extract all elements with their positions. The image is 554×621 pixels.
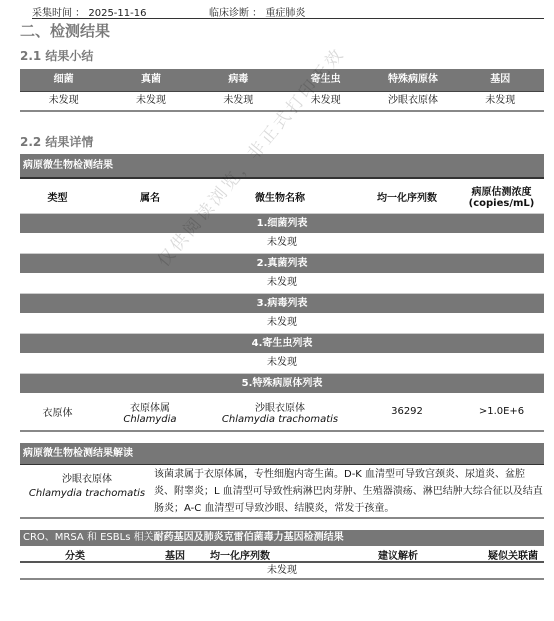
detail-title: 2.2 结果详情 — [20, 133, 93, 150]
row-species-latin: Chlamydia trachomatis — [205, 414, 355, 425]
interpretation-organism: 沙眼衣原体 Chlamydia trachomatis — [20, 465, 154, 517]
cro-col-advice: 建议解析 — [378, 547, 418, 562]
summary-table: 细菌 真菌 病毒 寄生虫 特殊病原体 基因 未发现 未发现 未发现 未发现 沙眼… — [20, 69, 544, 112]
cro-col-associated: 疑似关联菌 — [488, 547, 538, 562]
summary-val-bacteria: 未发现 — [20, 92, 107, 110]
cro-title: CRO、MRSA 和 ESBLs 相关耐药基因及肺炎克雷伯菌毒力基因检测结果 — [20, 530, 544, 546]
interpretation-row: 沙眼衣原体 Chlamydia trachomatis 该菌隶属于衣原体属，专性… — [20, 465, 544, 519]
detail-table: 病原微生物检测结果 类型 属名 微生物名称 均一化序列数 病原估测浓度 (cop… — [20, 154, 544, 432]
cro-title-prefix: CRO、MRSA 和 ESBLs 相关 — [23, 532, 154, 543]
summary-header-row: 细菌 真菌 病毒 寄生虫 特殊病原体 基因 — [20, 69, 544, 92]
row-concentration: >1.0E+6 — [459, 406, 544, 417]
summary-value-row: 未发现 未发现 未发现 未发现 沙眼衣原体 未发现 — [20, 92, 544, 112]
col-reads: 均一化序列数 — [355, 189, 459, 204]
section-virus: 3.病毒列表 — [20, 293, 544, 313]
section-bacteria: 1.细菌列表 — [20, 213, 544, 233]
col-type: 类型 — [20, 189, 95, 204]
col-concentration-line1: 病原估测浓度 — [459, 183, 544, 198]
col-concentration-line2: (copies/mL) — [459, 198, 544, 209]
cro-col-category: 分类 — [65, 547, 85, 562]
summary-val-special: 沙眼衣原体 — [369, 92, 456, 110]
cro-col-reads: 均一化序列数 — [210, 547, 270, 562]
interpretation-title: 病原微生物检测结果解读 — [20, 443, 544, 465]
cro-result: 未发现 — [20, 563, 544, 580]
detail-header-row: 类型 属名 微生物名称 均一化序列数 病原估测浓度 (copies/mL) — [20, 179, 544, 213]
summary-title: 2.1 结果小结 — [20, 47, 93, 64]
clinical-diagnosis: 临床诊断 ： 重症肺炎 — [209, 4, 305, 19]
interpretation-name-cn: 沙眼衣原体 — [20, 473, 154, 487]
row-species: 沙眼衣原体 Chlamydia trachomatis — [205, 399, 355, 425]
result-virus: 未发现 — [20, 313, 544, 333]
summary-val-parasite: 未发现 — [282, 92, 369, 110]
row-genus: 衣原体属 Chlamydia — [95, 399, 205, 425]
col-genus: 属名 — [95, 189, 205, 204]
table-row: 衣原体 衣原体属 Chlamydia 沙眼衣原体 Chlamydia trach… — [20, 393, 544, 432]
cro-col-gene: 基因 — [165, 547, 185, 562]
section-special: 5.特殊病原体列表 — [20, 373, 544, 393]
cro-title-rest: 耐药基因及肺炎克雷伯菌毒力基因检测结果 — [154, 532, 344, 543]
summary-col-fungi: 真菌 — [107, 69, 194, 91]
report-meta-line: 采集时间 ： 2025-11-16 临床诊断 ： 重症肺炎 — [32, 2, 544, 19]
summary-col-gene: 基因 — [457, 69, 544, 91]
detail-table-title: 病原微生物检测结果 — [20, 154, 544, 179]
cro-header-row: 分类 基因 均一化序列数 建议解析 疑似关联菌 — [20, 546, 544, 563]
row-genus-cn: 衣原体属 — [95, 399, 205, 414]
collect-time: 采集时间 ： 2025-11-16 — [32, 4, 146, 19]
section-fungi: 2.真菌列表 — [20, 253, 544, 273]
summary-col-bacteria: 细菌 — [20, 69, 107, 91]
summary-col-special: 特殊病原体 — [369, 69, 456, 91]
col-concentration: 病原估测浓度 (copies/mL) — [459, 183, 544, 209]
row-species-cn: 沙眼衣原体 — [205, 399, 355, 414]
row-type: 衣原体 — [20, 404, 95, 419]
summary-val-virus: 未发现 — [195, 92, 282, 110]
section-parasite: 4.寄生虫列表 — [20, 333, 544, 353]
summary-col-virus: 病毒 — [195, 69, 282, 91]
interpretation-table: 病原微生物检测结果解读 沙眼衣原体 Chlamydia trachomatis … — [20, 443, 544, 519]
summary-val-fungi: 未发现 — [107, 92, 194, 110]
result-bacteria: 未发现 — [20, 233, 544, 253]
row-genus-latin: Chlamydia — [95, 414, 205, 425]
interpretation-text: 该菌隶属于衣原体属，专性细胞内寄生菌。D-K 血清型可导致宫颈炎、尿道炎、盆腔炎… — [154, 465, 544, 517]
interpretation-name-latin: Chlamydia trachomatis — [20, 487, 154, 501]
summary-col-parasite: 寄生虫 — [282, 69, 369, 91]
col-species: 微生物名称 — [205, 189, 355, 204]
result-fungi: 未发现 — [20, 273, 544, 293]
result-parasite: 未发现 — [20, 353, 544, 373]
row-reads: 36292 — [355, 406, 459, 417]
cro-table: CRO、MRSA 和 ESBLs 相关耐药基因及肺炎克雷伯菌毒力基因检测结果 分… — [20, 530, 544, 580]
section-title: 二、检测结果 — [20, 20, 110, 41]
summary-val-gene: 未发现 — [457, 92, 544, 110]
